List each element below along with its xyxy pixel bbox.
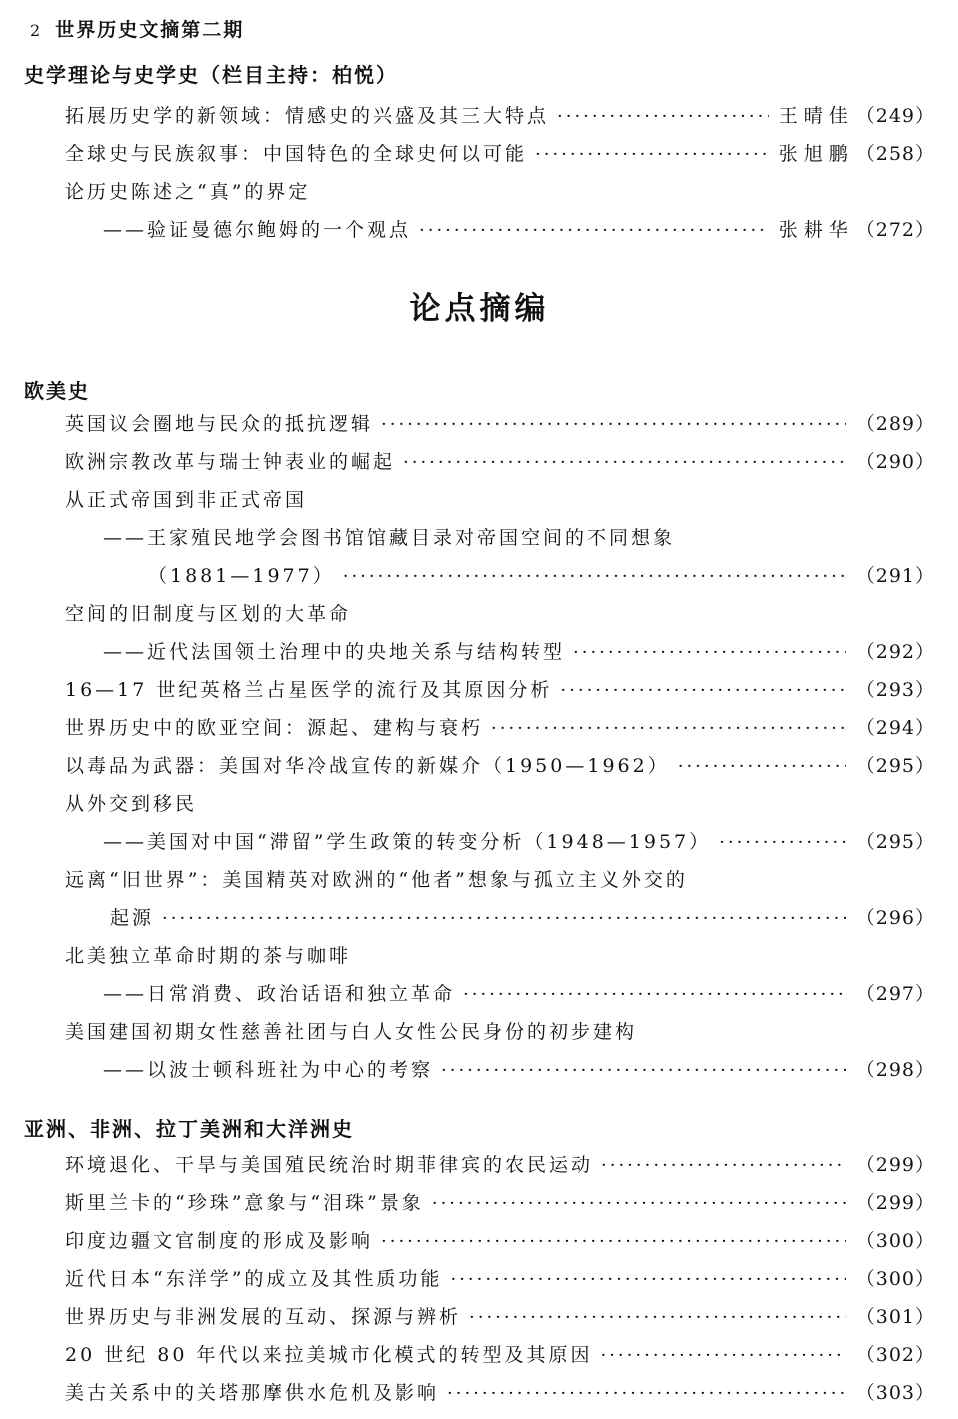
toc-section-asia-africa-latam-oceania: 亚洲、非洲、拉丁美洲和大洋洲史 环境退化、干旱与美国殖民统治时期菲律宾的农民运动… — [24, 1115, 935, 1412]
toc-line: 拓展历史学的新领域：情感史的兴盛及其三大特点··················… — [24, 97, 935, 135]
toc-line: 远离“旧世界”：美国精英对欧洲的“他者”想象与孤立主义外交的 — [24, 861, 935, 899]
author-name: 王晴佳 — [779, 97, 854, 135]
dot-leader: ········································… — [343, 558, 846, 596]
toc-line: 英国议会圈地与民众的抵抗逻辑··························… — [24, 405, 935, 443]
toc-line: 世界历史中的欧亚空间：源起、建构与衰朽·····················… — [24, 709, 935, 747]
section-entries: 拓展历史学的新领域：情感史的兴盛及其三大特点··················… — [24, 97, 935, 249]
toc-line: 从外交到移民 — [24, 785, 935, 823]
toc-line: 环境退化、干旱与美国殖民统治时期菲律宾的农民运动················… — [24, 1146, 935, 1184]
dot-leader: ········································… — [447, 1375, 846, 1413]
dot-leader: ········································… — [441, 1052, 846, 1090]
toc-line: 美国建国初期女性慈善社团与白人女性公民身份的初步建构 — [24, 1013, 935, 1051]
page-ref: （294） — [856, 709, 935, 747]
page-ref: （290） — [856, 443, 935, 481]
toc-line: ——验证曼德尔鲍姆的一个观点··························… — [24, 211, 935, 249]
dot-leader: ········································… — [381, 1223, 846, 1261]
dot-leader: ········································… — [535, 136, 769, 174]
toc-line: （1881—1977）·····························… — [24, 557, 935, 595]
toc-line-title: 空间的旧制度与区划的大革命 — [65, 595, 351, 633]
toc-line-title: 近代日本“东洋学”的成立及其性质功能 — [65, 1260, 442, 1298]
journal-toc-page: 2 世界历史文摘第二期 史学理论与史学史（栏目主持：柏悦） 拓展历史学的新领域：… — [0, 0, 958, 1419]
page-ref: （296） — [856, 899, 935, 937]
toc-line-title: ——美国对中国“滞留”学生政策的转变分析（1948—1957） — [103, 823, 711, 861]
page-ref: （292） — [856, 633, 935, 671]
dot-leader: ········································… — [403, 444, 846, 482]
dot-leader: ········································… — [419, 212, 769, 250]
page-ref: （298） — [856, 1051, 935, 1089]
page-ref: （303） — [856, 1374, 935, 1412]
toc-line: ——王家殖民地学会图书馆馆藏目录对帝国空间的不同想象 — [24, 519, 935, 557]
page-ref: （300） — [856, 1222, 935, 1260]
toc-line-title: 从外交到移民 — [65, 785, 197, 823]
dot-leader: ········································… — [463, 976, 846, 1014]
toc-line-title: 环境退化、干旱与美国殖民统治时期菲律宾的农民运动 — [65, 1146, 593, 1184]
toc-line-title: 全球史与民族叙事：中国特色的全球史何以可能 — [65, 135, 527, 173]
toc-line-title: 世界历史与非洲发展的互动、探源与辨析 — [65, 1298, 461, 1336]
page-ref: （272） — [856, 211, 935, 249]
digest-section-title: 论点摘编 — [24, 287, 935, 331]
running-header: 2 世界历史文摘第二期 — [24, 16, 935, 44]
page-ref: （249） — [856, 97, 935, 135]
dot-leader: ········································… — [450, 1261, 845, 1299]
dot-leader: ········································… — [600, 1337, 845, 1375]
toc-line-title: 欧洲宗教改革与瑞士钟表业的崛起 — [65, 443, 395, 481]
page-ref: （302） — [856, 1336, 935, 1374]
page-ref: （293） — [856, 671, 935, 709]
toc-line: 空间的旧制度与区划的大革命 — [24, 595, 935, 633]
dot-leader: ········································… — [381, 406, 846, 444]
toc-line: ——日常消费、政治话语和独立革命························… — [24, 975, 935, 1013]
toc-line-title: 论历史陈述之“真”的界定 — [65, 173, 310, 211]
section-entries: 英国议会圈地与民众的抵抗逻辑··························… — [24, 405, 935, 1089]
toc-section-historiography: 史学理论与史学史（栏目主持：柏悦） 拓展历史学的新领域：情感史的兴盛及其三大特点… — [24, 61, 935, 249]
toc-line-title: 世界历史中的欧亚空间：源起、建构与衰朽 — [65, 709, 483, 747]
toc-line: ——美国对中国“滞留”学生政策的转变分析（1948—1957）·········… — [24, 823, 935, 861]
toc-line-title: 从正式帝国到非正式帝国 — [65, 481, 307, 519]
dot-leader: ········································… — [491, 710, 846, 748]
dot-leader: ········································… — [557, 98, 769, 136]
author-name: 张旭鹏 — [779, 135, 854, 173]
toc-line-title: 斯里兰卡的“珍珠”意象与“泪珠”景象 — [65, 1184, 424, 1222]
toc-line-title: 16—17 世纪英格兰占星医学的流行及其原因分析 — [65, 671, 552, 709]
toc-line: ——近代法国领土治理中的央地关系与结构转型···················… — [24, 633, 935, 671]
page-ref: （295） — [856, 823, 935, 861]
section-heading: 亚洲、非洲、拉丁美洲和大洋洲史 — [24, 1115, 935, 1143]
toc-line: 从正式帝国到非正式帝国 — [24, 481, 935, 519]
page-ref: （299） — [856, 1146, 935, 1184]
toc-line: 以毒品为武器：美国对华冷战宣传的新媒介（1950—1962）··········… — [24, 747, 935, 785]
toc-line: 16—17 世纪英格兰占星医学的流行及其原因分析················… — [24, 671, 935, 709]
toc-line: 20 世纪 80 年代以来拉美城市化模式的转型及其原因·············… — [24, 1336, 935, 1374]
page-ref: （258） — [856, 135, 935, 173]
toc-line-title: 拓展历史学的新领域：情感史的兴盛及其三大特点 — [65, 97, 549, 135]
page-ref: （297） — [856, 975, 935, 1013]
toc-line-title: （1881—1977） — [148, 557, 335, 595]
toc-line: 全球史与民族叙事：中国特色的全球史何以可能···················… — [24, 135, 935, 173]
toc-line-title: 远离“旧世界”：美国精英对欧洲的“他者”想象与孤立主义外交的 — [65, 861, 688, 899]
dot-leader: ········································… — [601, 1147, 846, 1185]
toc-line: 印度边疆文官制度的形成及影响··························… — [24, 1222, 935, 1260]
toc-line-title: 北美独立革命时期的茶与咖啡 — [65, 937, 351, 975]
author-name: 张耕华 — [779, 211, 854, 249]
toc-line: 论历史陈述之“真”的界定 — [24, 173, 935, 211]
section-entries: 环境退化、干旱与美国殖民统治时期菲律宾的农民运动················… — [24, 1146, 935, 1412]
dot-leader: ········································… — [573, 634, 846, 672]
running-journal-title: 世界历史文摘第二期 — [55, 16, 244, 44]
toc-line: 斯里兰卡的“珍珠”意象与“泪珠”景象······················… — [24, 1184, 935, 1222]
dot-leader: ········································… — [432, 1185, 846, 1223]
toc-line: ——以波士顿科班社为中心的考察·························… — [24, 1051, 935, 1089]
toc-line-title: ——王家殖民地学会图书馆馆藏目录对帝国空间的不同想象 — [103, 519, 675, 557]
toc-line-title: ——验证曼德尔鲍姆的一个观点 — [103, 211, 411, 249]
toc-line: 欧洲宗教改革与瑞士钟表业的崛起·························… — [24, 443, 935, 481]
toc-line-title: 美古关系中的关塔那摩供水危机及影响 — [65, 1374, 439, 1412]
section-heading: 欧美史 — [24, 377, 935, 405]
dot-leader: ········································… — [162, 900, 846, 938]
page-ref: （295） — [856, 747, 935, 785]
page-ref: （299） — [856, 1184, 935, 1222]
toc-line-title: ——以波士顿科班社为中心的考察 — [103, 1051, 433, 1089]
toc-section-europe-america: 欧美史 英国议会圈地与民众的抵抗逻辑······················… — [24, 377, 935, 1089]
toc-line: 北美独立革命时期的茶与咖啡 — [24, 937, 935, 975]
dot-leader: ········································… — [678, 748, 846, 786]
page-ref: （289） — [856, 405, 935, 443]
page-ref: （300） — [856, 1260, 935, 1298]
toc-line-title: 以毒品为武器：美国对华冷战宣传的新媒介（1950—1962） — [65, 747, 670, 785]
running-page-number: 2 — [30, 17, 40, 45]
toc-line-title: 印度边疆文官制度的形成及影响 — [65, 1222, 373, 1260]
dot-leader: ········································… — [719, 824, 846, 862]
toc-line: 美古关系中的关塔那摩供水危机及影响·······················… — [24, 1374, 935, 1412]
section-heading: 史学理论与史学史（栏目主持：柏悦） — [24, 61, 935, 89]
dot-leader: ········································… — [560, 672, 845, 710]
page-ref: （301） — [856, 1298, 935, 1336]
toc-line-title: ——日常消费、政治话语和独立革命 — [103, 975, 455, 1013]
dot-leader: ········································… — [469, 1299, 846, 1337]
toc-line: 近代日本“东洋学”的成立及其性质功能······················… — [24, 1260, 935, 1298]
toc-line: 世界历史与非洲发展的互动、探源与辨析······················… — [24, 1298, 935, 1336]
toc-line-title: 起源 — [110, 899, 154, 937]
toc-line-title: ——近代法国领土治理中的央地关系与结构转型 — [103, 633, 565, 671]
toc-line-title: 20 世纪 80 年代以来拉美城市化模式的转型及其原因 — [65, 1336, 592, 1374]
toc-line: 起源······································… — [24, 899, 935, 937]
toc-line-title: 英国议会圈地与民众的抵抗逻辑 — [65, 405, 373, 443]
toc-line-title: 美国建国初期女性慈善社团与白人女性公民身份的初步建构 — [65, 1013, 637, 1051]
page-ref: （291） — [856, 557, 935, 595]
